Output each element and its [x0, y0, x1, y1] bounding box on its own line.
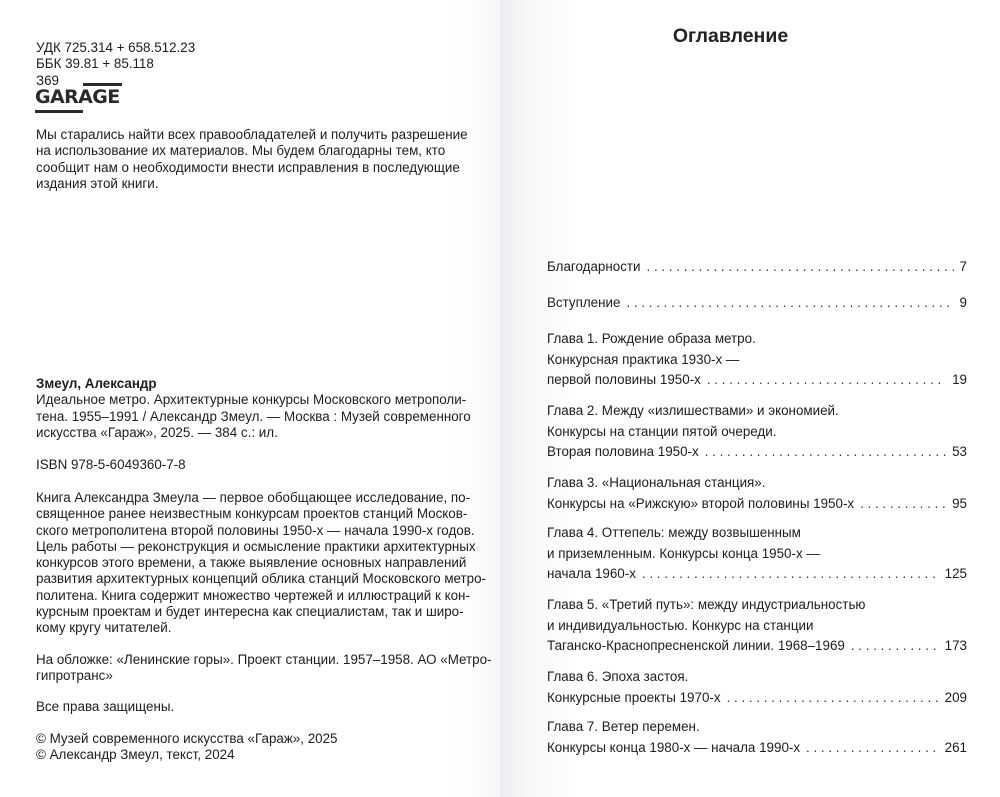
toc-page-number[interactable]: 7 [960, 257, 967, 278]
toc-entry-leader-line: Вступление9 [547, 293, 967, 314]
dot-leader [860, 494, 946, 515]
toc-entry-title-line: Конкурсы на «Рижскую» второй половины 19… [547, 494, 854, 515]
toc-entry[interactable]: Глава 7. Ветер перемен.Конкурсы конца 19… [547, 717, 967, 758]
toc-entry[interactable]: Глава 2. Между «излишествами» и экономие… [547, 401, 967, 463]
toc-entry[interactable]: Глава 1. Рождение образа метро.Конкурсна… [547, 329, 967, 391]
copyright-line: © Александр Змеул, текст, 2024 [36, 747, 466, 763]
rights-notice: Мы старались найти всех правообладателей… [36, 127, 466, 192]
all-rights-reserved: Все права защищены. [36, 699, 466, 715]
toc-entry-title-line: Конкурсы на станции пятой очереди. [547, 422, 967, 443]
contents-title: Оглавление [463, 25, 998, 48]
toc-entry-leader-line: Таганско-Краснопресненской линии. 1968–1… [547, 636, 967, 657]
toc-entry-title-line: и индивидуальностью. Конкурс на станции [547, 616, 967, 637]
cover-note-line: На обложке: «Ленинские горы». Проект ста… [36, 652, 466, 668]
toc-page-number[interactable]: 95 [952, 494, 967, 515]
annotation-line: Цель работы — реконструкция и осмысление… [36, 539, 460, 555]
classification-codes: УДК 725.314 + 658.512.23 ББК 39.81 + 85.… [36, 40, 466, 89]
annotation: Книга Александра Змеула — первое обобщаю… [36, 490, 460, 637]
bibliographic-text: Идеальное метро. Архитектурные конкурсы … [36, 392, 466, 408]
toc-entry-title-line: Глава 1. Рождение образа метро. [547, 329, 967, 350]
toc-entry-title-line: Конкурсная практика 1930-х — [547, 350, 967, 371]
annotation-line: Книга Александра Змеула — первое обобщаю… [36, 490, 460, 506]
logo-wordmark: GARAGE [35, 87, 120, 107]
dot-leader [642, 564, 939, 585]
toc-entry[interactable]: Глава 5. «Третий путь»: между индустриал… [547, 595, 967, 657]
toc-page-number[interactable]: 261 [945, 738, 967, 759]
toc-entry-title-line: Глава 4. Оттепель: между возвышенным [547, 523, 967, 544]
annotation-line: курсным проектам и будет интересна как с… [36, 604, 460, 620]
toc-entry-leader-line: Благодарности7 [547, 257, 967, 278]
toc-entry[interactable]: Вступление9 [547, 293, 967, 314]
toc-entry-title-line: Глава 3. «Национальная станция». [547, 473, 967, 494]
toc-entry-title-line: Конкурсы конца 1980-х — начала 1990-х [547, 738, 800, 759]
rights-notice-line: издания этой книги. [36, 176, 466, 192]
annotation-line: священное ранее неизвестным конкурсам пр… [36, 506, 460, 522]
toc-entry-title-line: Конкурсные проекты 1970-х [547, 688, 721, 709]
toc-entry-title-line: и приземленным. Конкурсы конца 1950-х — [547, 544, 967, 565]
logo-bar-bottom [35, 110, 83, 113]
imprint-page: УДК 725.314 + 658.512.23 ББК 39.81 + 85.… [0, 0, 500, 797]
toc-entry-title-line: Таганско-Краснопресненской линии. 1968–1… [547, 636, 845, 657]
bibliographic-text: тена. 1955–1991 / Александр Змеул. — Мос… [36, 409, 471, 425]
toc-entry-title-line: Вторая половина 1950-х [547, 442, 699, 463]
toc-page-number[interactable]: 19 [952, 370, 967, 391]
annotation-line: политена. Книга содержит множество черте… [36, 588, 460, 604]
annotation-line: конкурсов этого времени, а также выявлен… [36, 555, 460, 571]
dot-leader [626, 293, 953, 314]
dot-leader [806, 738, 939, 759]
rights-notice-line: сообщит нам о необходимости внести испра… [36, 160, 466, 176]
toc-entry-title-line: Вступление [547, 293, 620, 314]
toc-page-number[interactable]: 53 [952, 442, 967, 463]
annotation-line: развития архитектурных концепций облика … [36, 571, 460, 587]
toc-entry-leader-line: первой половины 1950-х19 [547, 370, 967, 391]
toc-entry-title-line: Глава 5. «Третий путь»: между индустриал… [547, 595, 967, 616]
bibliographic-line: тена. 1955–1991 / Александр Змеул. — Мос… [36, 409, 466, 425]
toc-entry[interactable]: Глава 6. Эпоха застоя.Конкурсные проекты… [547, 667, 967, 708]
rights-notice-line: на использование их материалов. Мы будем… [36, 143, 466, 159]
bibliographic-line: Идеальное метро. Архитектурные конкурсы … [36, 392, 466, 408]
toc-entry-leader-line: Конкурсные проекты 1970-х209 [547, 688, 967, 709]
toc-page-number[interactable]: 9 [960, 293, 967, 314]
toc-entry-title-line: первой половины 1950-х [547, 370, 701, 391]
dot-leader [851, 636, 939, 657]
annotation-line: ского метрополитена второй половины 1950… [36, 523, 460, 539]
cover-note-line: гипротранс» [36, 668, 466, 684]
toc-entry-leader-line: Конкурсы конца 1980-х — начала 1990-х261 [547, 738, 967, 759]
toc-entry-leader-line: Конкурсы на «Рижскую» второй половины 19… [547, 494, 967, 515]
toc-entry-title-line: Глава 7. Ветер перемен. [547, 717, 967, 738]
bibliographic-record: Змеул, Александр Идеальное метро. Архите… [36, 376, 466, 441]
toc-entry-leader-line: начала 1960-х125 [547, 564, 967, 585]
toc-entry-title-line: начала 1960-х [547, 564, 636, 585]
author-name: Змеул, Александр [36, 376, 466, 392]
toc-page-number[interactable]: 173 [945, 636, 967, 657]
bibliographic-line: искусства «Гараж», 2025. — 384 с.: ил. [36, 425, 466, 441]
udk-code: УДК 725.314 + 658.512.23 [36, 40, 466, 56]
toc-entry-title-line: Благодарности [547, 257, 641, 278]
dot-leader [705, 442, 946, 463]
garage-logo-icon: GARAGE [35, 83, 123, 117]
toc-entry[interactable]: Благодарности7 [547, 257, 967, 278]
annotation-line: кому кругу читателей. [36, 620, 460, 636]
toc-entry-title-line: Глава 6. Эпоха застоя. [547, 667, 967, 688]
rights-notice-line: Мы старались найти всех правообладателей… [36, 127, 466, 143]
copyright-line: © Музей современного искусства «Гараж», … [36, 731, 466, 747]
copyright-block: © Музей современного искусства «Гараж», … [36, 731, 466, 764]
cover-note: На обложке: «Ленинские горы». Проект ста… [36, 652, 466, 685]
dot-leader [707, 370, 946, 391]
dot-leader [647, 257, 954, 278]
toc-entry[interactable]: Глава 3. «Национальная станция».Конкурсы… [547, 473, 967, 514]
dot-leader [727, 688, 939, 709]
toc-page-number[interactable]: 125 [945, 564, 967, 585]
toc-entry-title-line: Глава 2. Между «излишествами» и экономие… [547, 401, 967, 422]
toc-entry[interactable]: Глава 4. Оттепель: между возвышенными пр… [547, 523, 967, 585]
bbk-code: ББК 39.81 + 85.118 [36, 56, 466, 72]
toc-entry-leader-line: Вторая половина 1950-х53 [547, 442, 967, 463]
toc-page-number[interactable]: 209 [945, 688, 967, 709]
isbn: ISBN 978-5-6049360-7-8 [36, 457, 466, 473]
